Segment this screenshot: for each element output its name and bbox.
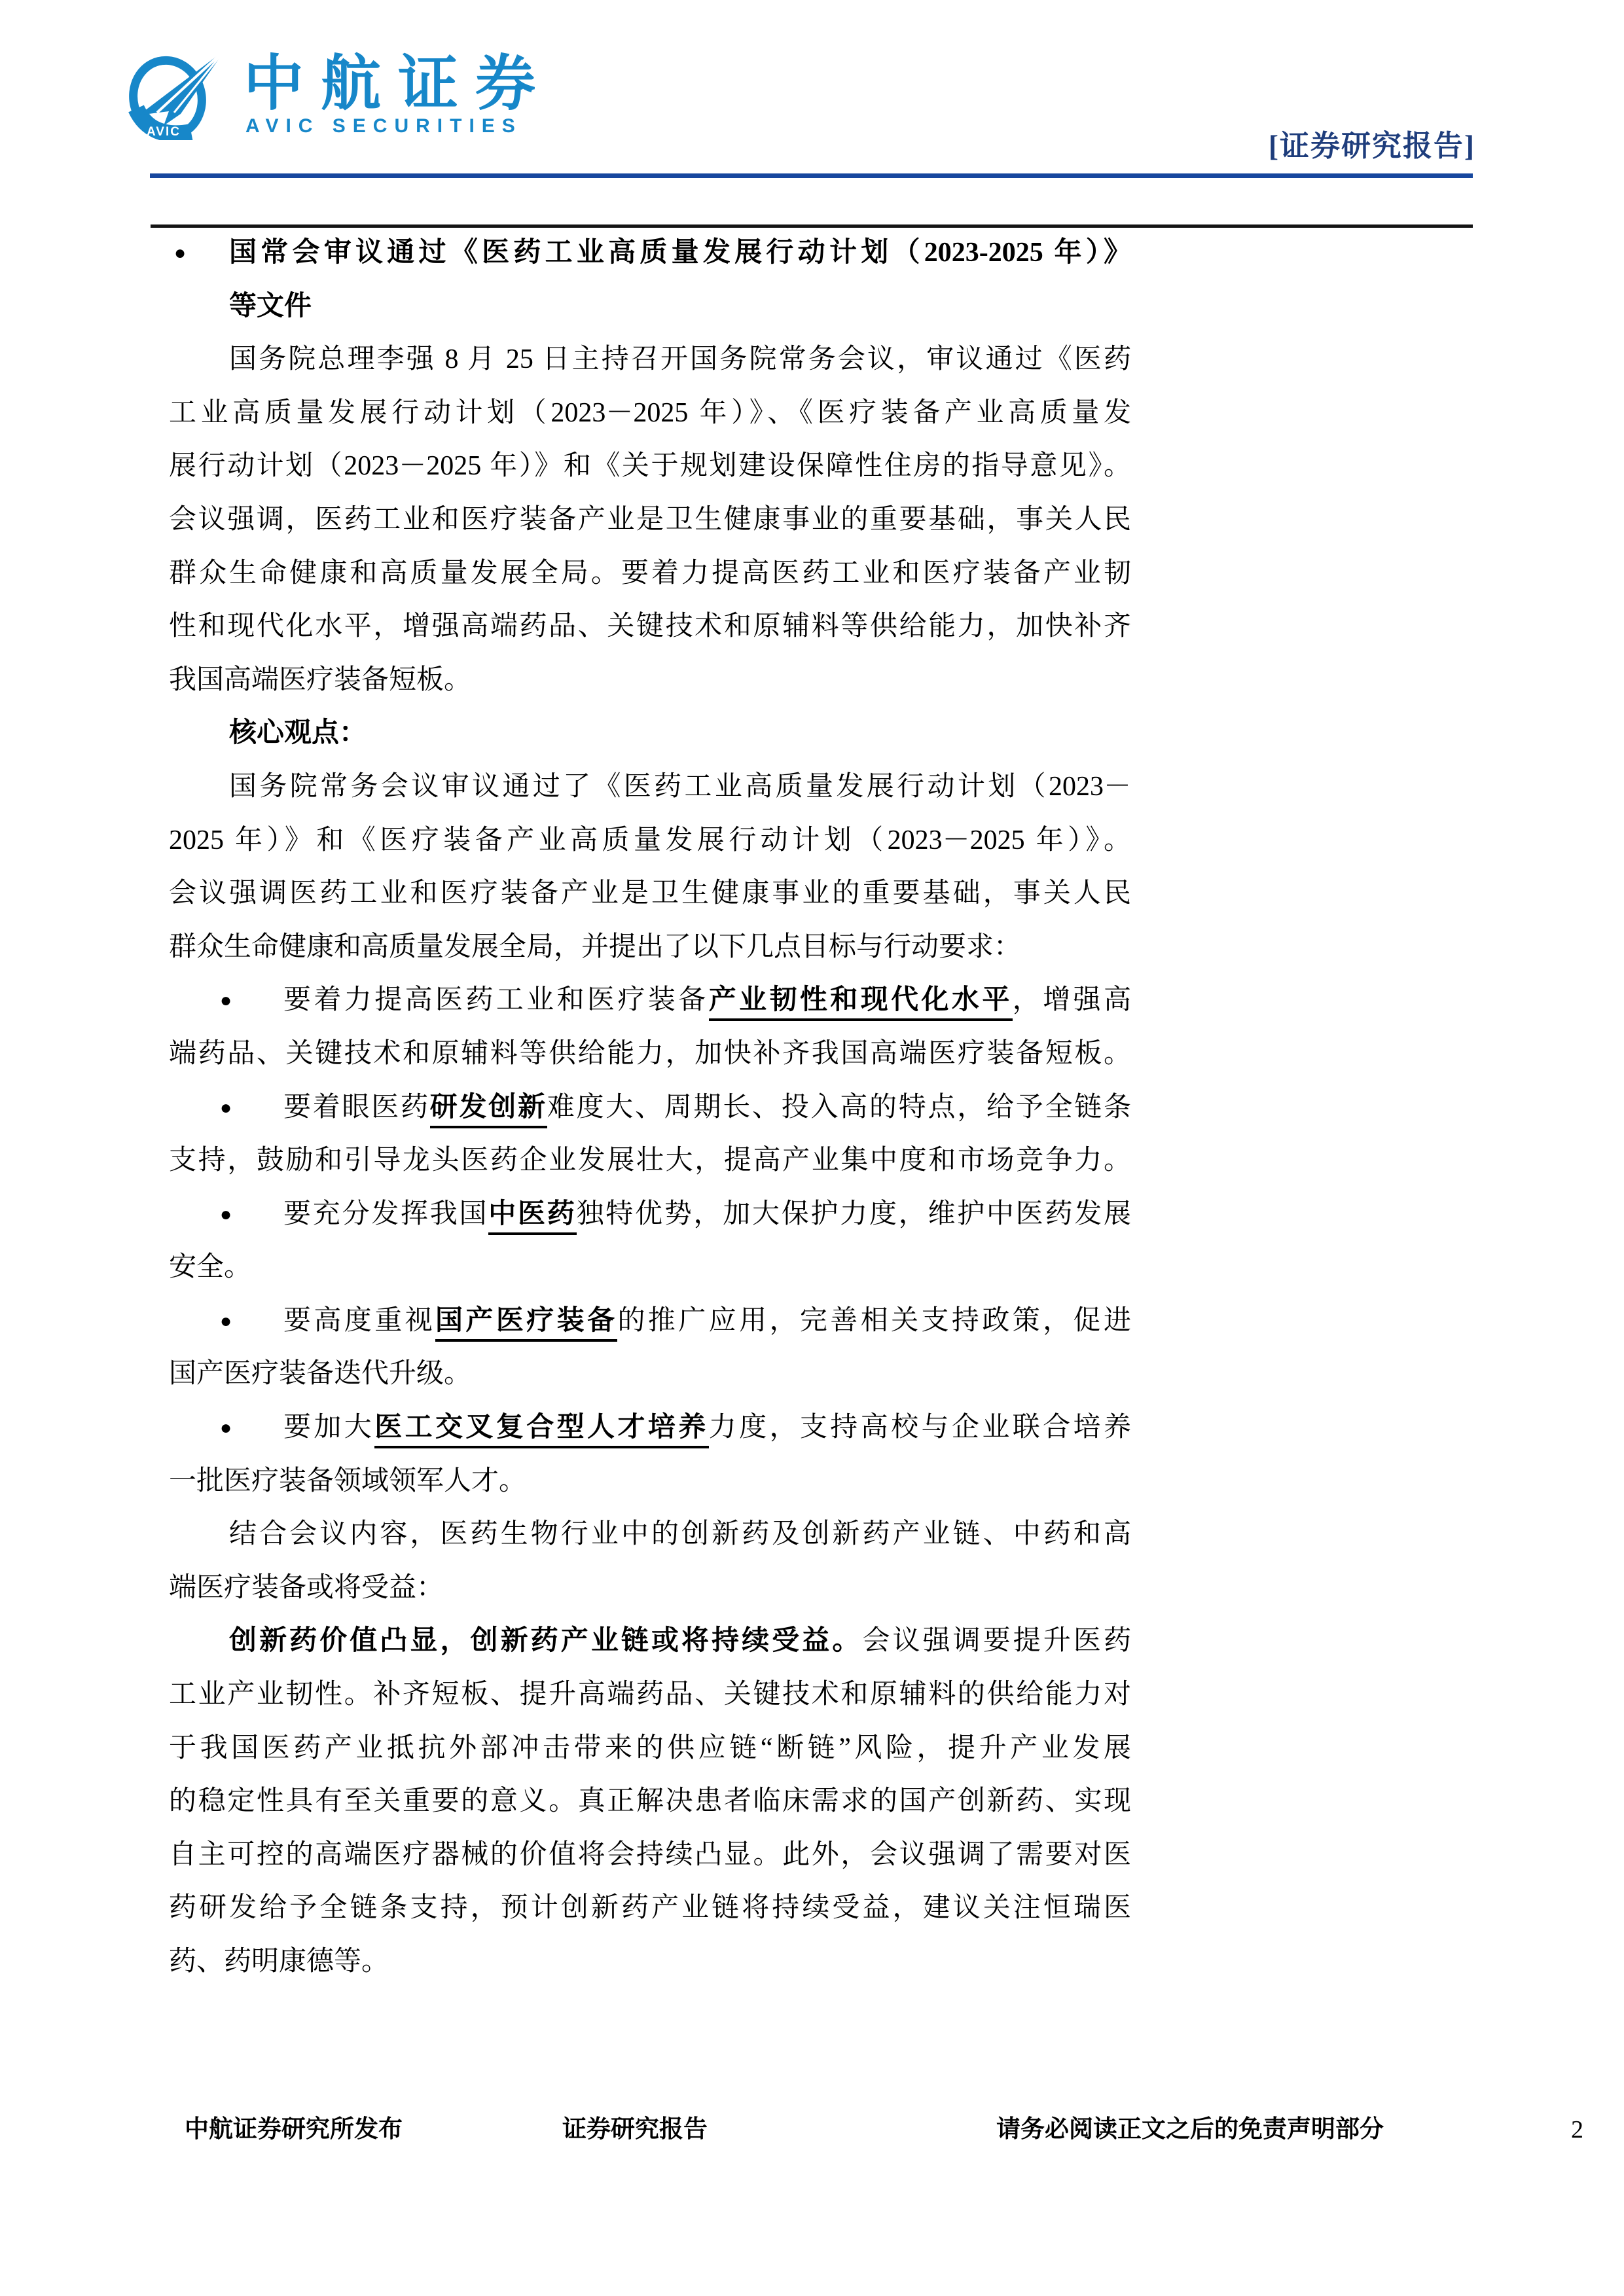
text-line-content: 端药品、关键技术和原辅料等供给能力，加快补齐我国高端医疗装备短板。 [169,1028,1131,1081]
text-line-content: 会议强调医药工业和医疗装备产业是卫生健康事业的重要基础，事关人民 [169,867,1131,921]
text-line-content: 群众生命健康和高质量发展全局。要着力提高医药工业和医疗装备产业韧 [169,547,1131,601]
body-text: ●国常会审议通过《医药工业高质量发展行动计划（2023-2025 年）》等文件国… [169,226,1131,1989]
text-line-content: 支持，鼓励和引导龙头医药企业发展壮大，提高产业集中度和市场竞争力。 [169,1134,1131,1188]
text-line: 工业高质量发展行动计划（2023－2025 年）》、《医疗装备产业高质量发 [169,387,1131,440]
text-line-content: 性和现代化水平，增强高端药品、关键技术和原辅料等供给能力，加快补齐 [169,600,1131,654]
text-line: 支持，鼓励和引导龙头医药企业发展壮大，提高产业集中度和市场竞争力。 [169,1134,1131,1188]
header-rule-blue [150,173,1473,178]
bullet-icon: ● [220,974,232,1028]
text-line-content: 于我国医药产业抵抗外部冲击带来的供应链“断链”风险，提升产业发展 [169,1722,1131,1776]
text-line-content: 端医疗装备或将受益： [169,1562,1131,1615]
bullet-icon: ● [220,1295,232,1348]
text-line: 等文件 [169,280,1131,334]
text-line: 端药品、关键技术和原辅料等供给能力，加快补齐我国高端医疗装备短板。 [169,1028,1131,1081]
avic-logo-icon: AVIC [128,48,226,140]
text-line-content: 结合会议内容，医药生物行业中的创新药及创新药产业链、中药和高 [229,1508,1131,1562]
text-line: ●要加大医工交叉复合型人才培养力度，支持高校与企业联合培养 [169,1401,1131,1455]
text-line: 端医疗装备或将受益： [169,1562,1131,1615]
report-type-tag: [证券研究报告] [1269,122,1475,164]
text-line-content: 国产医疗装备迭代升级。 [169,1348,1131,1401]
text-line-content: 工业产业韧性。补齐短板、提升高端药品、关键技术和原辅料的供给能力对 [169,1668,1131,1722]
bullet-icon: ● [220,1401,232,1455]
text-line-content: 要加大医工交叉复合型人才培养力度，支持高校与企业联合培养 [283,1401,1131,1455]
footer-disclaimer: 请务必阅读正文之后的免责声明部分 [996,2109,1384,2144]
brand-name-en: AVIC SECURITIES [245,115,522,137]
report-page: AVIC 中航证券 AVIC SECURITIES [证券研究报告] ●国常会审… [0,0,1624,2296]
text-line-content: 药研发给予全链条支持，预计创新药产业链将持续受益，建议关注恒瑞医 [169,1882,1131,1935]
text-line: 群众生命健康和高质量发展全局。要着力提高医药工业和医疗装备产业韧 [169,547,1131,601]
text-line-content: 的稳定性具有至关重要的意义。真正解决患者临床需求的国产创新药、实现 [169,1775,1131,1829]
text-line-content: 展行动计划（2023－2025 年）》和《关于规划建设保障性住房的指导意见》。 [169,440,1131,493]
text-line: 工业产业韧性。补齐短板、提升高端药品、关键技术和原辅料的供给能力对 [169,1668,1131,1722]
text-line-content: 创新药价值凸显，创新药产业链或将持续受益。会议强调要提升医药 [229,1615,1131,1668]
text-line: 自主可控的高端医疗器械的价值将会持续凸显。此外，会议强调了需要对医 [169,1829,1131,1882]
text-line-content: 工业高质量发展行动计划（2023－2025 年）》、《医疗装备产业高质量发 [169,387,1131,440]
text-line: 国产医疗装备迭代升级。 [169,1348,1131,1401]
text-line: 安全。 [169,1241,1131,1295]
text-line: 性和现代化水平，增强高端药品、关键技术和原辅料等供给能力，加快补齐 [169,600,1131,654]
bullet-icon: ● [220,1081,232,1135]
text-line: 结合会议内容，医药生物行业中的创新药及创新药产业链、中药和高 [169,1508,1131,1562]
text-line-content: 会议强调，医药工业和医疗装备产业是卫生健康事业的重要基础，事关人民 [169,493,1131,547]
text-line: 展行动计划（2023－2025 年）》和《关于规划建设保障性住房的指导意见》。 [169,440,1131,493]
text-line: ●要着力提高医药工业和医疗装备产业韧性和现代化水平，增强高 [169,974,1131,1028]
text-line: 国务院总理李强 8 月 25 日主持召开国务院常务会议，审议通过《医药 [169,333,1131,387]
text-line-content: 自主可控的高端医疗器械的价值将会持续凸显。此外，会议强调了需要对医 [169,1829,1131,1882]
text-line-content: 国常会审议通过《医药工业高质量发展行动计划（2023-2025 年）》 [229,226,1131,280]
avic-logo-badge-text: AVIC [147,125,181,139]
text-line: 一批医疗装备领域领军人才。 [169,1455,1131,1509]
text-line: 我国高端医疗装备短板。 [169,654,1131,708]
text-line: 的稳定性具有至关重要的意义。真正解决患者临床需求的国产创新药、实现 [169,1775,1131,1829]
text-line: ●要高度重视国产医疗装备的推广应用，完善相关支持政策，促进 [169,1295,1131,1348]
text-line-content: 一批医疗装备领域领军人才。 [169,1455,1131,1509]
text-line: 2025 年）》和《医疗装备产业高质量发展行动计划（2023－2025 年）》。 [169,814,1131,868]
text-line: 会议强调医药工业和医疗装备产业是卫生健康事业的重要基础，事关人民 [169,867,1131,921]
text-line-content: 要着力提高医药工业和医疗装备产业韧性和现代化水平，增强高 [283,974,1131,1028]
text-line-content: 要高度重视国产医疗装备的推广应用，完善相关支持政策，促进 [283,1295,1131,1348]
text-line: 国务院常务会议审议通过了《医药工业高质量发展行动计划（2023－ [169,761,1131,814]
text-line-content: 国务院常务会议审议通过了《医药工业高质量发展行动计划（2023－ [229,761,1131,814]
text-line-content: 我国高端医疗装备短板。 [169,654,1131,708]
text-line: ●国常会审议通过《医药工业高质量发展行动计划（2023-2025 年）》 [169,226,1131,280]
bullet-icon: ● [174,226,186,280]
bullet-icon: ● [220,1188,232,1242]
page-number: 2 [1571,2115,1583,2144]
text-line: 会议强调，医药工业和医疗装备产业是卫生健康事业的重要基础，事关人民 [169,493,1131,547]
text-line-content: 药、药明康德等。 [169,1935,1131,1989]
text-line-content: 核心观点： [229,707,1131,761]
text-line: 于我国医药产业抵抗外部冲击带来的供应链“断链”风险，提升产业发展 [169,1722,1131,1776]
text-line-content: 国务院总理李强 8 月 25 日主持召开国务院常务会议，审议通过《医药 [229,333,1131,387]
text-line: 药研发给予全链条支持，预计创新药产业链将持续受益，建议关注恒瑞医 [169,1882,1131,1935]
text-line: ●要充分发挥我国中医药独特优势，加大保护力度，维护中医药发展 [169,1188,1131,1242]
text-line-content: 群众生命健康和高质量发展全局，并提出了以下几点目标与行动要求： [169,921,1131,975]
text-line-content: 要着眼医药研发创新难度大、周期长、投入高的特点，给予全链条 [283,1081,1131,1135]
text-line-content: 安全。 [169,1241,1131,1295]
text-line: 药、药明康德等。 [169,1935,1131,1989]
text-line: 核心观点： [169,707,1131,761]
text-line: 群众生命健康和高质量发展全局，并提出了以下几点目标与行动要求： [169,921,1131,975]
footer-report-type: 证券研究报告 [562,2109,708,2144]
brand-name-cn: 中航证券 [244,54,552,114]
footer-published-by: 中航证券研究所发布 [185,2109,403,2144]
text-line: 创新药价值凸显，创新药产业链或将持续受益。会议强调要提升医药 [169,1615,1131,1668]
text-line-content: 2025 年）》和《医疗装备产业高质量发展行动计划（2023－2025 年）》。 [169,814,1131,868]
text-line-content: 要充分发挥我国中医药独特优势，加大保护力度，维护中医药发展 [283,1188,1131,1242]
text-line: ●要着眼医药研发创新难度大、周期长、投入高的特点，给予全链条 [169,1081,1131,1135]
text-line-content: 等文件 [229,280,1131,334]
